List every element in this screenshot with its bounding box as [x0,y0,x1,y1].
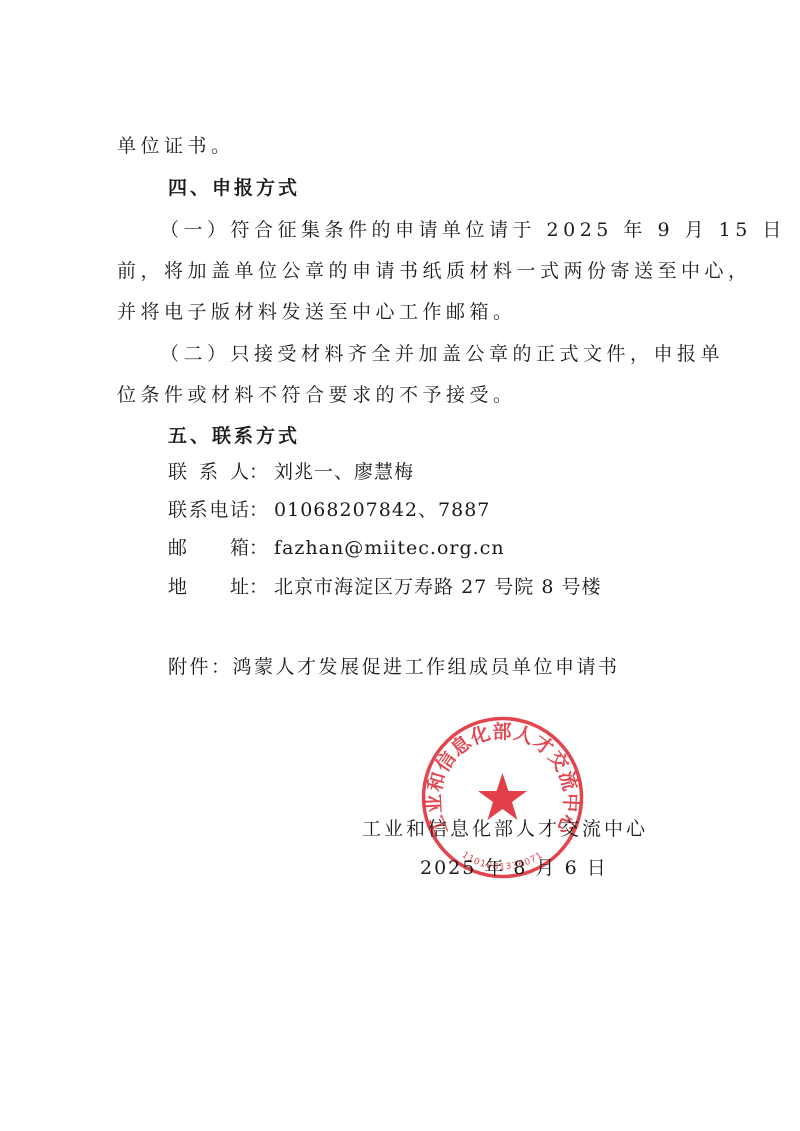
contact-person-value: 刘兆一、廖慧梅 [274,459,414,485]
contact-email-row: 邮 箱 ： fazhan@miitec.org.cn [168,535,505,561]
contact-phone-value: 01068207842、7887 [274,497,490,523]
signature-date: 2025 年 8 月 6 日 [420,855,608,881]
contact-email-value[interactable]: fazhan@miitec.org.cn [274,535,505,561]
section4-para1-line3: 并将电子版材料发送至中心工作邮箱。 [117,299,517,325]
signature-org: 工业和信息化部人才交流中心 [362,816,648,842]
contact-address-row: 地 址 ： 北京市海淀区万寿路 27 号院 8 号楼 [168,574,601,600]
contact-phone-label: 联 系 电 话 ： [168,497,268,523]
attachment-line: 附件：鸿蒙人才发展促进工作组成员单位申请书 [168,654,620,680]
contact-phone-row: 联 系 电 话 ： 01068207842、7887 [168,497,490,523]
contact-address-value: 北京市海淀区万寿路 27 号院 8 号楼 [274,574,601,600]
contact-person-label: 联 系 人 ： [168,459,268,485]
section4-para1-line1: （一）符合征集条件的申请单位请于 2025 年 9 月 15 日 [160,217,786,243]
section4-para1-line2: 前，将加盖单位公章的申请书纸质材料一式两份寄送至中心， [117,258,752,284]
section4-para2-line2: 位条件或材料不符合要求的不予接受。 [117,382,517,408]
section5-heading: 五、联系方式 [168,423,300,449]
contact-person-row: 联 系 人 ： 刘兆一、廖慧梅 [168,459,414,485]
section4-para2-line1: （二）只接受材料齐全并加盖公章的正式文件，申报单 [160,341,724,367]
contact-email-label: 邮 箱 ： [168,535,268,561]
contact-address-label: 地 址 ： [168,574,268,600]
continuation-text: 单位证书。 [117,133,235,159]
section4-heading: 四、申报方式 [168,175,300,201]
